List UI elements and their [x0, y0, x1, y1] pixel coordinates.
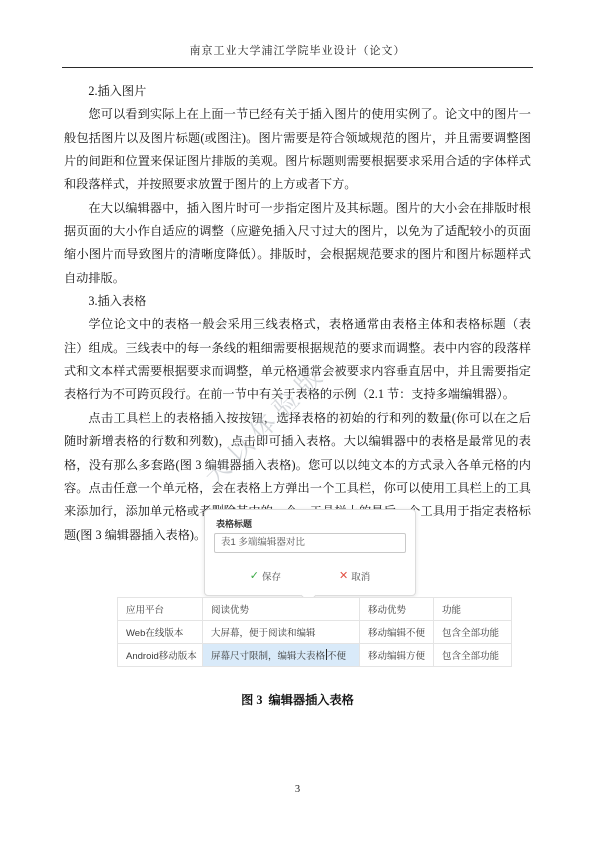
cell-text-before-cursor: 屏幕尺寸限制，编辑大表格 — [211, 651, 325, 662]
paragraph-image-intro: 您可以看到实际上在上面一节已经有关于插入图片的使用实例了。论文中的图片一般包括图… — [64, 103, 531, 196]
editor-comparison-table: 应用平台 阅读优势 移动优势 功能 Web在线版本 大屏幕，便于阅读和编辑 移动… — [117, 597, 512, 667]
cell-android-reading-selected[interactable]: 屏幕尺寸限制，编辑大表格不便 — [203, 644, 360, 667]
document-page: 南京工业大学浦江学院毕业设计（论文） 大以体验版 2.插入图片 您可以看到实际上… — [0, 0, 595, 842]
header-cell-features[interactable]: 功能 — [434, 598, 512, 621]
table-row-web: Web在线版本 大屏幕，便于阅读和编辑 移动编辑不便 包含全部功能 — [118, 621, 512, 644]
page-number: 3 — [0, 784, 595, 795]
cell-android-features[interactable]: 包含全部功能 — [434, 644, 512, 667]
table-caption-input[interactable]: 表1 多端编辑器对比 — [214, 533, 406, 553]
popup-button-row: ✓ 保存 ✕ 取消 — [205, 567, 415, 585]
cell-web-platform[interactable]: Web在线版本 — [118, 621, 203, 644]
cancel-button[interactable]: ✕ 取消 — [339, 569, 370, 583]
table-caption-label: 表格标题 — [216, 517, 252, 530]
save-button[interactable]: ✓ 保存 — [250, 569, 281, 583]
header-divider — [62, 67, 533, 68]
figure-caption: 图 3 编辑器插入表格 — [0, 691, 595, 708]
table-header-row: 应用平台 阅读优势 移动优势 功能 — [118, 598, 512, 621]
table-row-android: Android移动版本 屏幕尺寸限制，编辑大表格不便 移动编辑方便 包含全部功能 — [118, 644, 512, 667]
cell-android-platform[interactable]: Android移动版本 — [118, 644, 203, 667]
document-body: 2.插入图片 您可以看到实际上在上面一节已经有关于插入图片的使用实例了。论文中的… — [64, 80, 531, 547]
close-icon: ✕ — [339, 571, 348, 582]
paragraph-table-intro: 学位论文中的表格一般会采用三线表格式，表格通常由表格主体和表格标题（表注）组成。… — [64, 313, 531, 406]
header-cell-mobile[interactable]: 移动优势 — [360, 598, 434, 621]
section-heading-insert-table: 3.插入表格 — [64, 290, 531, 313]
header-cell-reading[interactable]: 阅读优势 — [203, 598, 360, 621]
section-heading-insert-image: 2.插入图片 — [64, 80, 531, 103]
header-cell-platform[interactable]: 应用平台 — [118, 598, 203, 621]
table-caption-popup: 表格标题 表1 多端编辑器对比 ✓ 保存 ✕ 取消 — [204, 509, 416, 596]
cell-android-mobile[interactable]: 移动编辑方便 — [360, 644, 434, 667]
cell-web-features[interactable]: 包含全部功能 — [434, 621, 512, 644]
paragraph-image-editor: 在大以编辑器中，插入图片时可一步指定图片及其标题。图片的大小会在排版时根据页面的… — [64, 197, 531, 290]
save-button-label: 保存 — [262, 569, 281, 583]
check-icon: ✓ — [250, 571, 259, 582]
page-header: 南京工业大学浦江学院毕业设计（论文） — [0, 42, 595, 58]
cell-web-reading[interactable]: 大屏幕，便于阅读和编辑 — [203, 621, 360, 644]
cancel-button-label: 取消 — [351, 569, 370, 583]
cell-web-mobile[interactable]: 移动编辑不便 — [360, 621, 434, 644]
cell-text-after-cursor: 不便 — [327, 651, 346, 662]
